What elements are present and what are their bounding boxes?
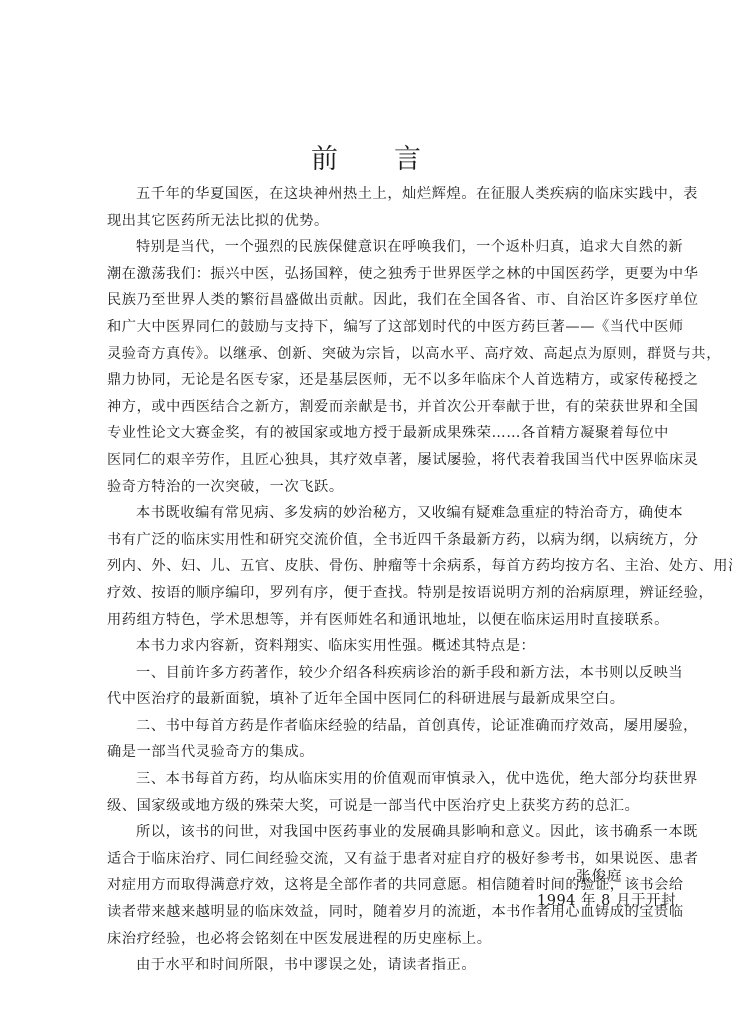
paragraph-line: 灵验奇方真传》。以继承、创新、突破为宗旨，以高水平、高疗效、高起点为原则，群贤与… [107,341,647,368]
paragraph-line: 医同仁的艰辛劳作，且匠心独具，其疗效卓著，屡试屡验，将代表着我国当代中医界临床灵 [107,447,647,474]
paragraph-first-line: 一、目前许多方药著作，较少介绍各科疾病诊治的新手段和新方法，本书则以反映当 [107,660,647,687]
paragraph-first-line: 由于水平和时间所限，书中谬误之处，请读者指正。 [107,952,647,979]
paragraph-line: 专业性论文大赛金奖，有的被国家或地方授于最新成果殊荣……各首精方凝聚着每位中 [107,420,647,447]
paragraph-line: 民族乃至世界人类的繁衍昌盛做出贡献。因此，我们在全国各省、市、自治区许多医疗单位 [107,287,647,314]
paragraph-line: 神方，或中西医结合之新方，割爱而亲献是书，并首次公开奉献于世，有的荣获世界和全国 [107,394,647,421]
paragraph-line: 代中医治疗的最新面貌，填补了近年全国中医同仁的科研进展与最新成果空白。 [107,686,647,713]
paragraph-line: 列内、外、妇、儿、五官、皮肤、骨伤、肿瘤等十余病系，每首方药均按方名、主治、处方… [107,553,647,580]
paragraph-line: 鼎力协同，无论是名医专家，还是基层医师，无不以多年临床个人首选精方，或家传秘授之 [107,367,647,394]
paragraph-line: 验奇方特治的一次突破，一次飞跃。 [107,474,647,501]
page-title: 前言 [0,143,732,177]
paragraph-line: 确是一部当代灵验奇方的集成。 [107,739,647,766]
paragraph-first-line: 所以，该书的问世，对我国中医药事业的发展确具影响和意义。因此，该书确系一本既 [107,819,647,846]
paragraph-first-line: 本书既收编有常见病、多发病的妙治秘方，又收编有疑难急重症的特治奇方，确使本 [107,500,647,527]
paragraph-line: 现出其它医药所无法比拟的优势。 [107,208,647,235]
paragraph-first-line: 五千年的华夏国医，在这块神州热土上，灿烂辉煌。在征服人类疾病的临床实践中，表 [107,181,647,208]
signature-author: 张俊庭 [576,865,623,886]
preface-body: 五千年的华夏国医，在这块神州热土上，灿烂辉煌。在征服人类疾病的临床实践中，表现出… [107,181,647,979]
paragraph-first-line: 三、本书每首方药，均从临床实用的价值观而审慎录入，优中选优，绝大部分均获世界 [107,766,647,793]
paragraph-line: 和广大中医界同仁的鼓励与支持下，编写了这部划时代的中医方药巨著——《当代中医师 [107,314,647,341]
paragraph-line: 床治疗经验，也必将会铭刻在中医发展进程的历史座标上。 [107,926,647,953]
paragraph-first-line: 二、书中每首方药是作者临床经验的结晶，首创真传，论证准确而疗效高，屡用屡验， [107,713,647,740]
paragraph-line: 适合于临床治疗、同仁间经验交流，又有益于患者对症自疗的极好参考书，如果说医、患者 [107,846,647,873]
paragraph-line: 用药组方特色，学术思想等，并有医师姓名和通讯地址，以便在临床运用时直接联系。 [107,607,647,634]
signature-date-place: 1994 年 8 月于开封 [537,889,676,910]
paragraph-line: 疗效、按语的顺序编印，罗列有序，便于查找。特别是按语说明方剂的治病原理，辨证经验… [107,580,647,607]
paragraph-line: 书有广泛的临床实用性和研究交流价值，全书近四千条最新方药，以病为纲，以病统方，分 [107,527,647,554]
paragraph-first-line: 特别是当代，一个强烈的民族保健意识在呼唤我们，一个返朴归真，追求大自然的新 [107,234,647,261]
paragraph-line: 潮在激荡我们：振兴中医，弘扬国粹，使之独秀于世界医学之林的中国医药学，更要为中华 [107,261,647,288]
paragraph-line: 级、国家级或地方级的殊荣大奖，可说是一部当代中医治疗史上获奖方药的总汇。 [107,793,647,820]
paragraph-first-line: 本书力求内容新，资料翔实、临床实用性强。概述其特点是： [107,633,647,660]
